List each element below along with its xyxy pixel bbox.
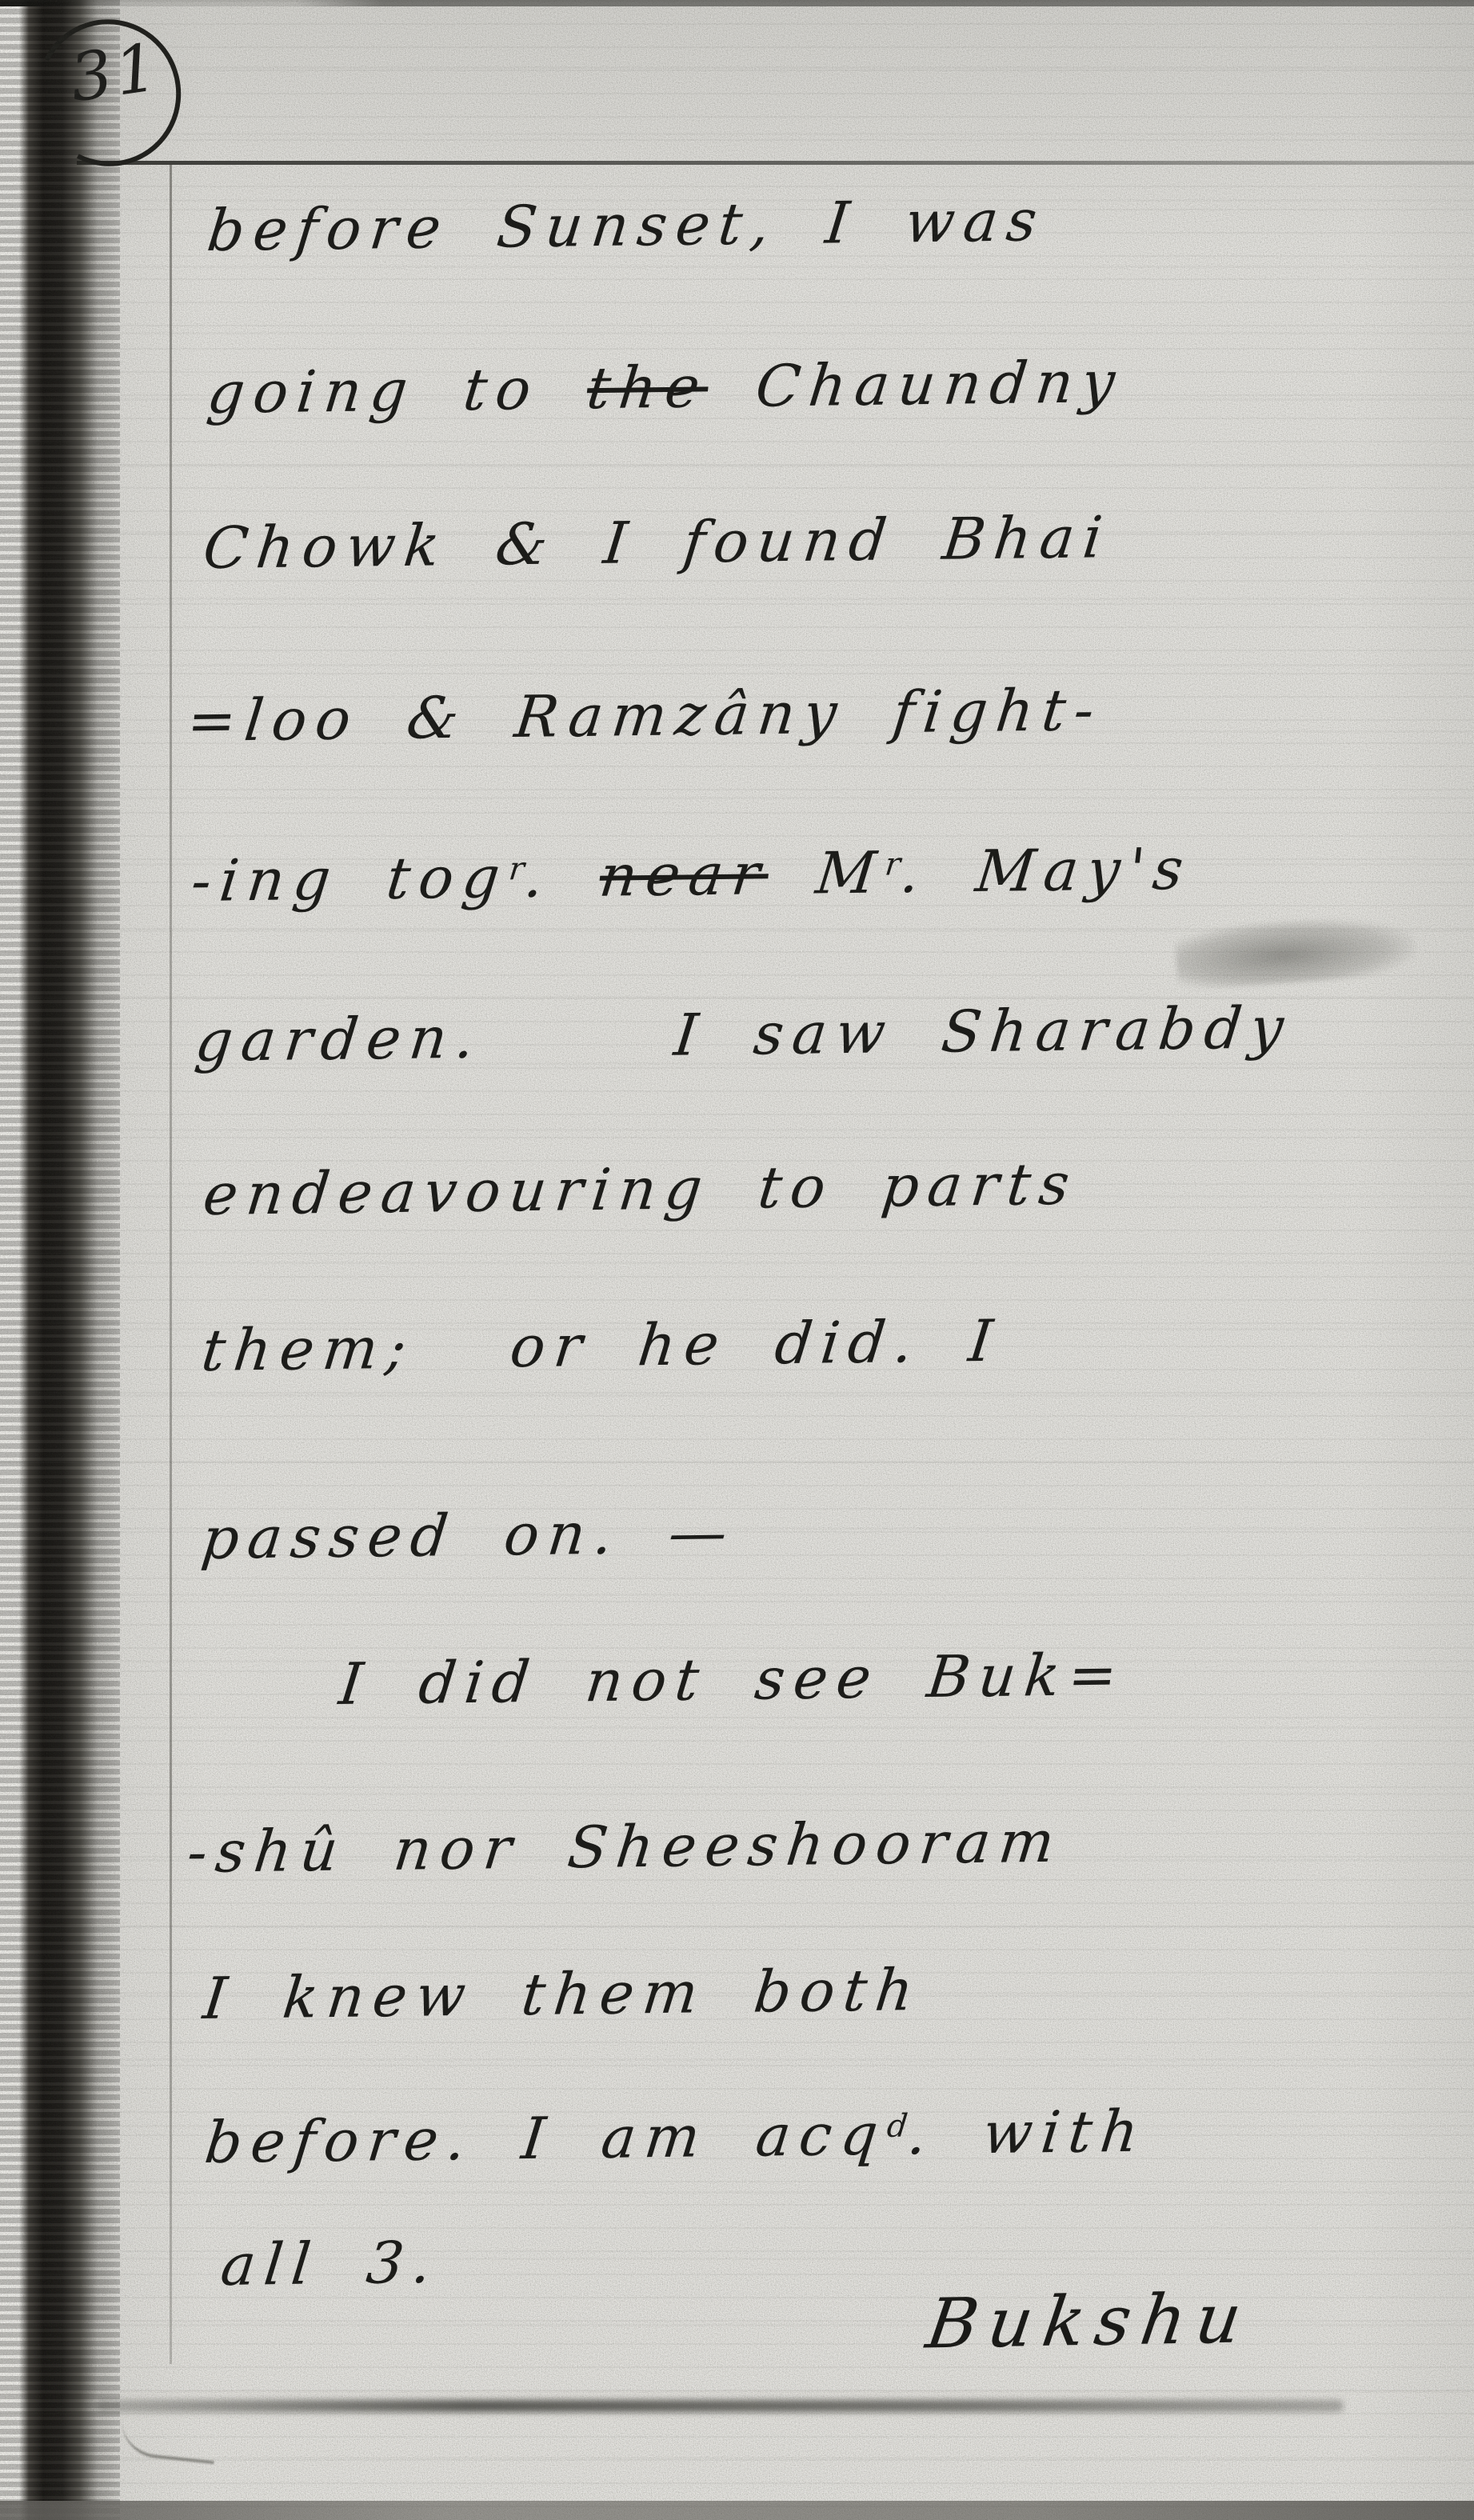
text-segment: =loo & Ramzâny fight-	[184, 676, 1106, 754]
text-segment: -shû nor Sheeshooram	[184, 1808, 1066, 1886]
text-segment: .	[521, 842, 604, 910]
handwritten-line: going to the Chaundny	[204, 347, 1127, 427]
book-binding-edge	[0, 0, 120, 2520]
text-segment: I did not see Buk=	[336, 1641, 1129, 1718]
text-segment: . May's	[897, 835, 1196, 906]
scan-bottom-edge	[0, 2501, 1474, 2520]
text-segment: going to	[204, 354, 591, 426]
text-segment: Chowk & I found Bhai	[200, 503, 1114, 582]
ink-smudge	[1174, 912, 1418, 991]
text-segment: passed on. —	[198, 1498, 739, 1572]
text-segment: -ing tog	[188, 843, 512, 914]
handwritten-line: I knew them both	[200, 1955, 925, 2033]
scan-top-edge	[0, 0, 1474, 6]
page-number: 31	[66, 30, 165, 118]
text-segment: them; or he did. I	[198, 1307, 1005, 1384]
signature: Bukshu	[921, 2278, 1256, 2364]
handwritten-line: before Sunset, I was	[204, 186, 1049, 265]
handwritten-line: passed on. —	[198, 1498, 740, 1574]
text-segment: before. I am acq	[202, 2101, 890, 2176]
ruled-line-top	[77, 161, 1474, 165]
struck-text-segment: near	[597, 840, 773, 910]
handwritten-line: Chowk & I found Bhai	[200, 502, 1114, 582]
handwritten-line: all 3.	[218, 2228, 444, 2300]
ruled-line-bottom	[96, 2400, 1344, 2412]
handwritten-line: before. I am acqd. with	[202, 2097, 1151, 2178]
handwritten-line: them; or he did. I	[198, 1306, 1005, 1386]
handwritten-line: =loo & Ramzâny fight-	[184, 675, 1106, 755]
handwritten-line: endeavouring to parts	[200, 1150, 1081, 1230]
manuscript-page: 31 before Sunset, I was going to the Cha…	[0, 0, 1474, 2520]
pencil-hook-mark	[118, 2418, 218, 2464]
handwritten-line: garden. I saw Sharabdy	[192, 993, 1296, 1075]
text-segment: garden. I saw Sharabdy	[192, 994, 1296, 1074]
handwritten-line: -shû nor Sheeshooram	[184, 1807, 1067, 1887]
text-segment: all 3.	[218, 2229, 443, 2298]
margin-rule-vertical	[170, 164, 172, 2364]
text-segment: Chaundny	[705, 348, 1127, 420]
text-segment: M	[765, 838, 888, 907]
handwritten-line: -ing togr. near Mr. May's	[188, 834, 1196, 916]
text-segment: before Sunset, I was	[204, 186, 1049, 264]
text-segment: I knew them both	[200, 1956, 925, 2032]
text-segment: endeavouring to parts	[200, 1150, 1081, 1228]
struck-text-segment: the	[584, 353, 712, 422]
handwritten-line: I did not see Buk=	[336, 1640, 1129, 1718]
text-segment: . with	[905, 2098, 1150, 2168]
